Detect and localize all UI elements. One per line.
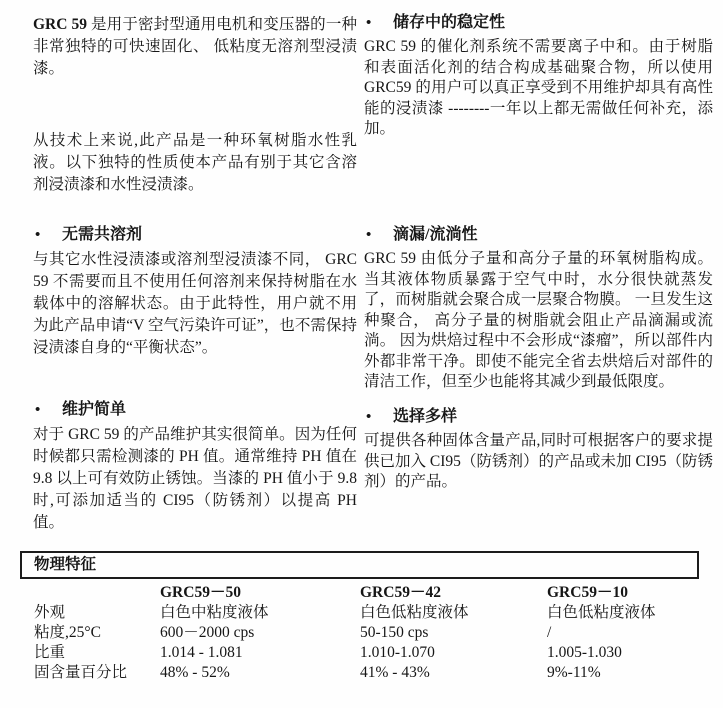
section-body: 可提供各种固体含量产品,同时可根据客户的要求提供已加入 CI95（防锈剂）的产品…: [364, 431, 713, 493]
section-heading: • 维护简单: [33, 399, 357, 421]
table-row-label: 外观: [34, 603, 160, 623]
table-cell: 白色中粘度液体: [160, 603, 360, 623]
table-row-label: 固含量百分比: [34, 663, 160, 683]
tech-note-paragraph: 从技术上来说,此产品是一种环氧树脂水性乳液。以下独特的性质使本产品有别于其它含溶…: [33, 130, 357, 196]
physical-properties-table: GRC59－50 GRC59－42 GRC59－10 外观 白色中粘度液体 白色…: [34, 583, 710, 683]
table-cell: /: [547, 623, 710, 643]
table-column-header: GRC59－42: [360, 583, 547, 603]
table-cell: 9%-11%: [547, 663, 710, 683]
bullet-icon: •: [364, 406, 393, 428]
section-storage-stability: • 储存中的稳定性 GRC 59 的催化剂系统不需要离子中和。由于树脂和表面活化…: [364, 12, 713, 140]
table-cell: 48% - 52%: [160, 663, 360, 683]
section-title: 无需共溶剂: [62, 224, 142, 246]
table-cell: 41% - 43%: [360, 663, 547, 683]
section-drip-flow: • 滴漏/流淌性 GRC 59 由低分子量和高分子量的环氧树脂构成。当其液体物质…: [364, 224, 713, 393]
bullet-icon: •: [33, 399, 62, 421]
section-title: 储存中的稳定性: [393, 12, 505, 34]
table-column-header: GRC59－10: [547, 583, 710, 603]
section-body: 与其它水性浸渍漆或溶剂型浸渍漆不同， GRC 59 不需要而且不使用任何溶剂来保…: [33, 249, 357, 359]
section-heading: • 储存中的稳定性: [364, 12, 713, 34]
bullet-icon: •: [33, 224, 62, 246]
section-variety: • 选择多样 可提供各种固体含量产品,同时可根据客户的要求提供已加入 CI95（…: [364, 406, 713, 493]
physical-properties-header: 物理特征: [20, 551, 699, 579]
section-maintenance: • 维护简单 对于 GRC 59 的产品维护其实很简单。因为任何时候都只需检测漆…: [33, 399, 357, 534]
section-no-cosolvent: • 无需共溶剂 与其它水性浸渍漆或溶剂型浸渍漆不同， GRC 59 不需要而且不…: [33, 224, 357, 359]
section-title: 滴漏/流淌性: [393, 224, 477, 246]
table-cell: 1.010-1.070: [360, 643, 547, 663]
document-page: GRC 59 是用于密封型通用电机和变压器的一种非常独特的可快速固化、 低粘度无…: [0, 0, 723, 708]
table-cell: 白色低粘度液体: [547, 603, 710, 623]
bullet-icon: •: [364, 12, 393, 34]
section-heading: • 无需共溶剂: [33, 224, 357, 246]
section-title: 选择多样: [393, 406, 457, 428]
intro-paragraph: GRC 59 是用于密封型通用电机和变压器的一种非常独特的可快速固化、 低粘度无…: [33, 14, 357, 80]
table-cell: 1.014 - 1.081: [160, 643, 360, 663]
table-row-label: 粘度,25°C: [34, 623, 160, 643]
brand-name: GRC 59: [33, 16, 87, 33]
table-corner-cell: [34, 583, 160, 603]
section-body: 对于 GRC 59 的产品维护其实很简单。因为任何时候都只需检测漆的 PH 值。…: [33, 424, 357, 534]
section-heading: • 选择多样: [364, 406, 713, 428]
table-title: 物理特征: [34, 556, 96, 573]
table-cell: 白色低粘度液体: [360, 603, 547, 623]
table-cell: 1.005-1.030: [547, 643, 710, 663]
section-heading: • 滴漏/流淌性: [364, 224, 713, 246]
bullet-icon: •: [364, 224, 393, 246]
section-body: GRC 59 的催化剂系统不需要离子中和。由于树脂和表面活化剂的结合构成基础聚合…: [364, 37, 713, 140]
section-body: GRC 59 由低分子量和高分子量的环氧树脂构成。当其液体物质暴露于空气中时，水…: [364, 249, 713, 393]
table-row-label: 比重: [34, 643, 160, 663]
tech-note-text: 从技术上来说,此产品是一种环氧树脂水性乳液。以下独特的性质使本产品有别于其它含溶…: [33, 132, 357, 193]
table-cell: 50-150 cps: [360, 623, 547, 643]
table-cell: 600－2000 cps: [160, 623, 360, 643]
section-title: 维护简单: [62, 399, 126, 421]
table-column-header: GRC59－50: [160, 583, 360, 603]
